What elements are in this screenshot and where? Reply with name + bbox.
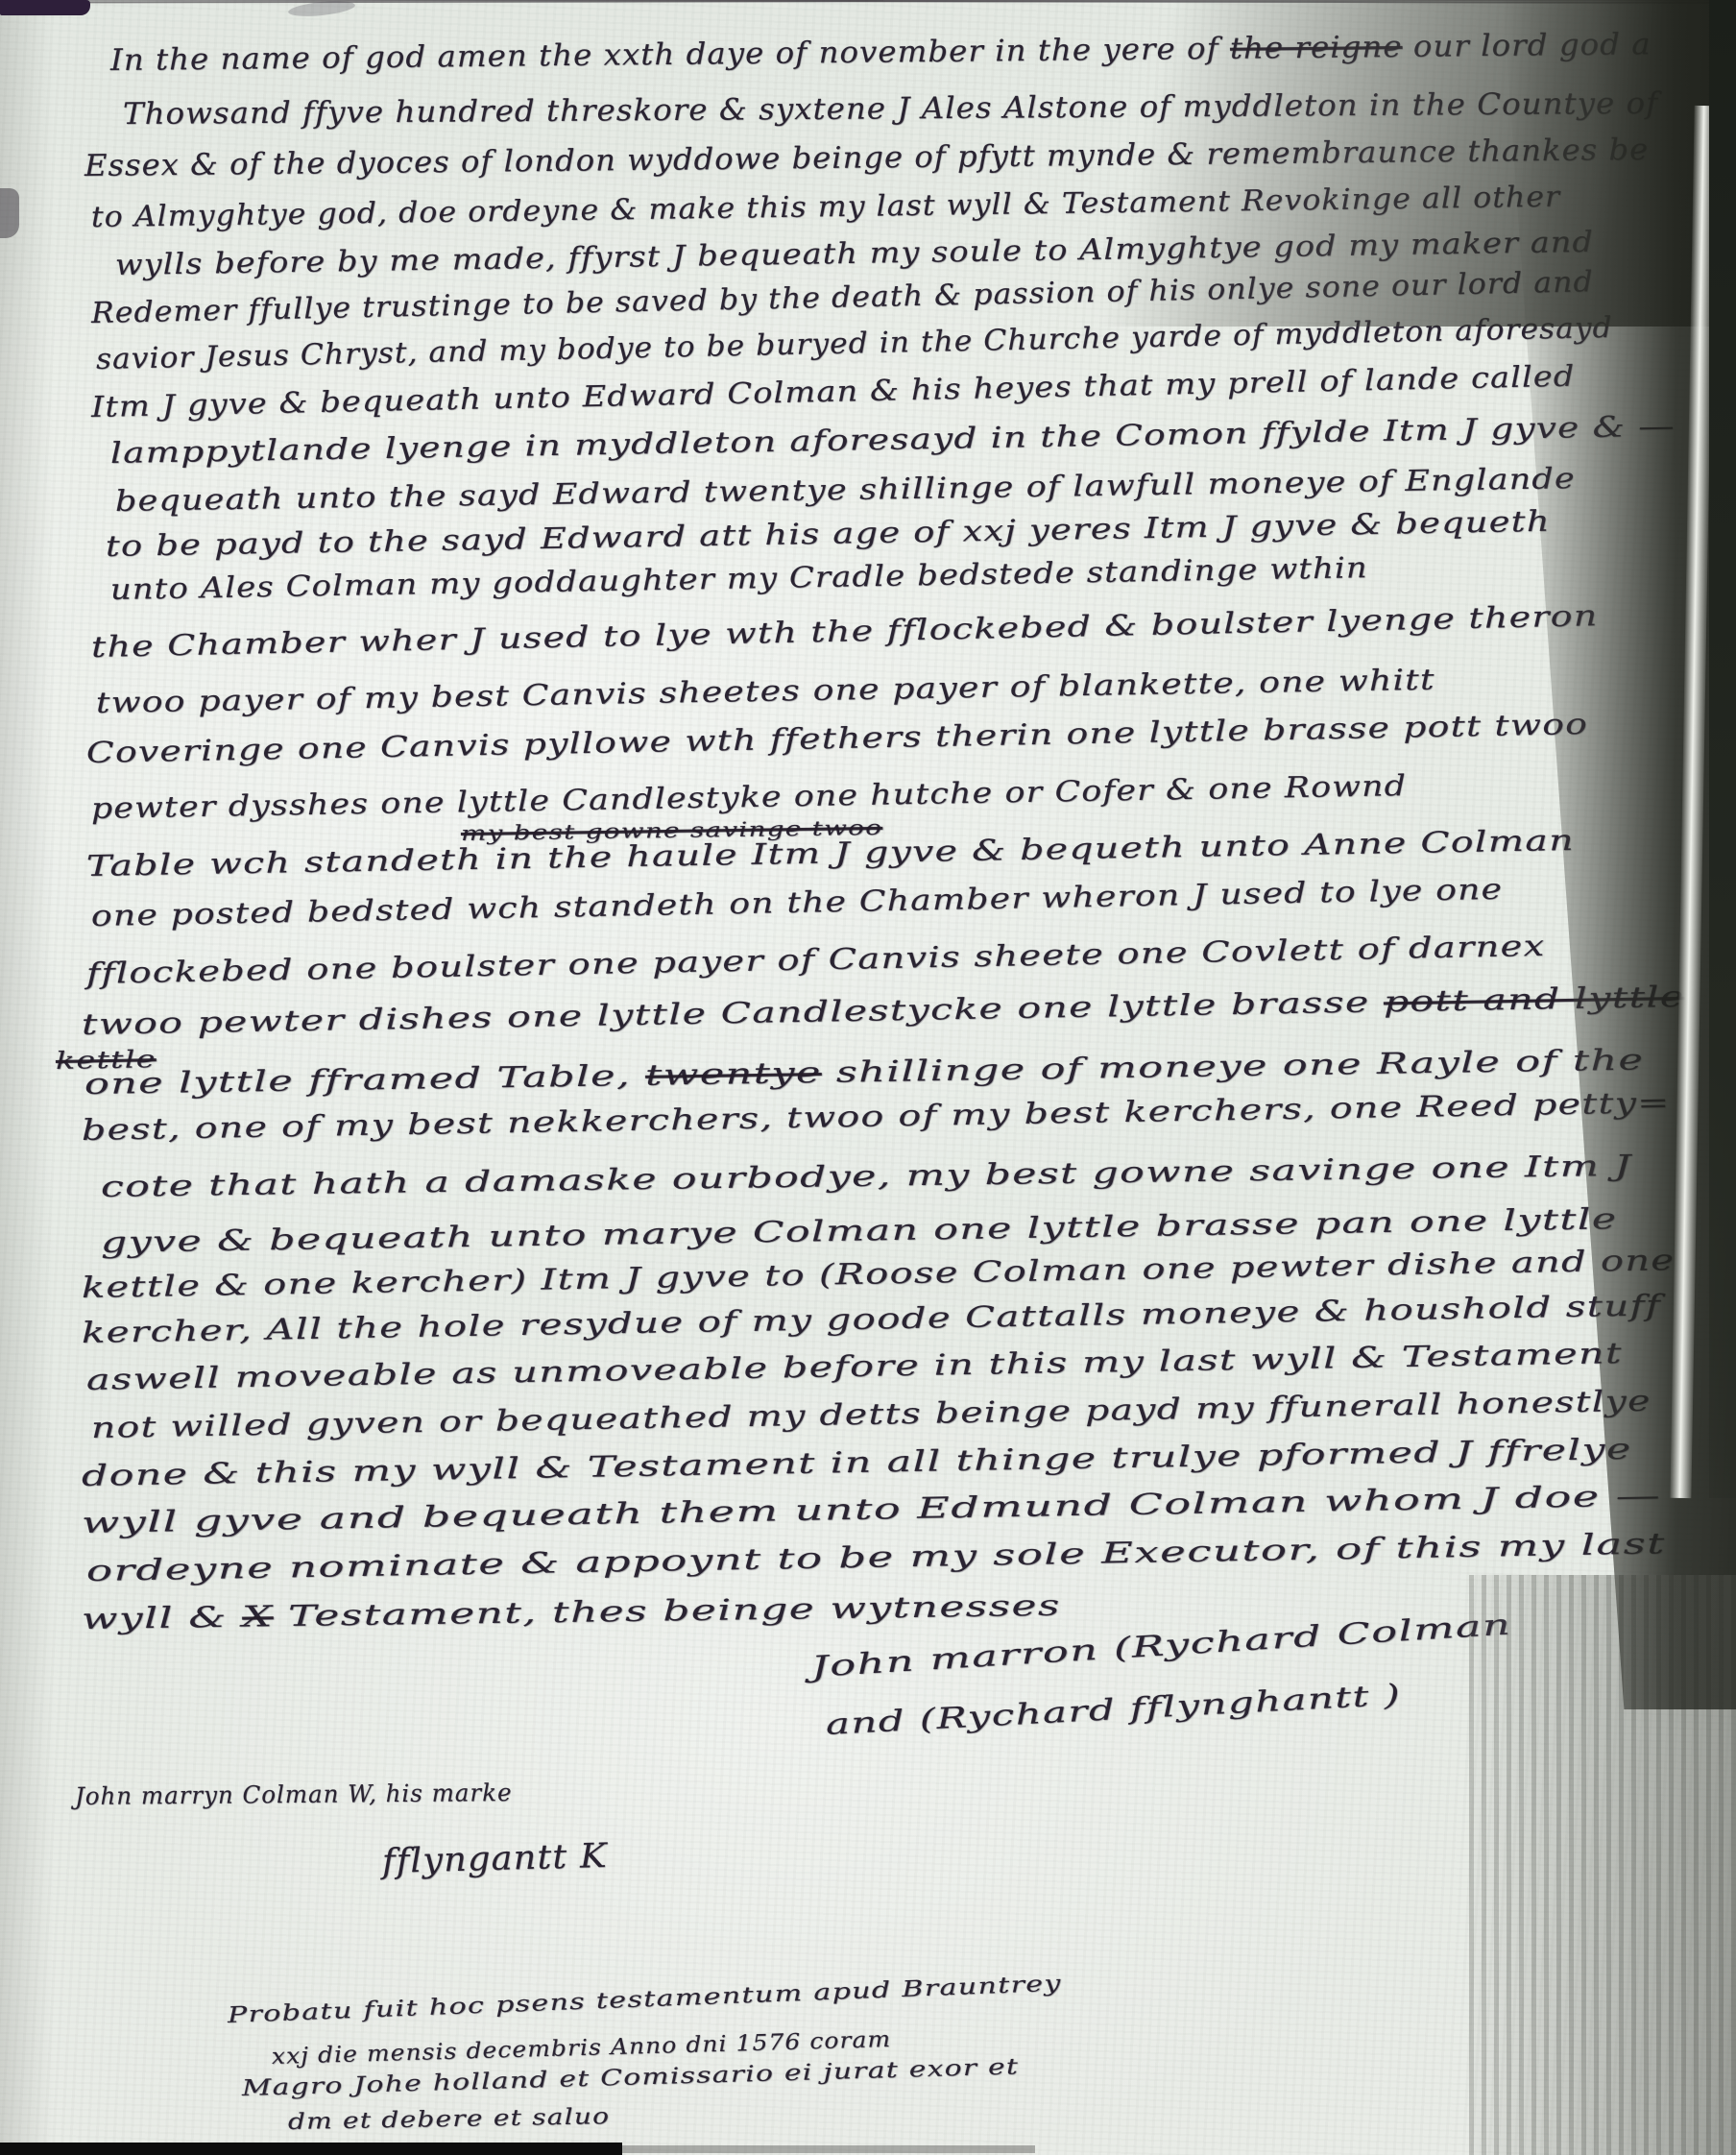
will-line-1: In the name of god amen the xxth daye of… <box>110 30 1652 76</box>
will-line-4: to Almyghtye god, doe ordeyne & make thi… <box>91 183 1561 232</box>
manuscript-page: In the name of god amen the xxth daye of… <box>0 0 1736 2155</box>
will-line-3: Essex & of the dyoces of london wyddowe … <box>84 135 1650 182</box>
manuscript-photo: In the name of god amen the xxth daye of… <box>0 0 1736 2155</box>
deleted-text: twentye <box>645 1056 822 1093</box>
will-line-16: pewter dysshes one lyttle Candlestyke on… <box>91 772 1408 824</box>
witness-line-2: and (Rychard fflynghantt ) <box>825 1682 1402 1740</box>
will-line-14: twoo payer of my best Canvis sheetes one… <box>96 666 1435 718</box>
will-line-28: not willed gyven or bequeathed my detts … <box>91 1388 1652 1443</box>
probate-line-1: Probatu fuit hoc psens testamentum apud … <box>228 1973 1063 2027</box>
will-line-2: Thowsand ffyve hundred threskore & syxte… <box>123 89 1658 130</box>
will-line-31: ordeyne nominate & appoynt to be my sole… <box>86 1530 1666 1586</box>
will-line-9: lamppytlande lyenge in myddleton aforesa… <box>110 413 1676 469</box>
will-line-27: aswell moveable as unmoveable before in … <box>86 1340 1623 1395</box>
will-line-30: wyll gyve and bequeath them unto Edmund … <box>82 1482 1662 1538</box>
will-line-12: unto Ales Colman my goddaughter my Cradl… <box>110 554 1368 605</box>
deleted-text: X <box>242 1600 274 1634</box>
will-line-32: wyll & X Testament, thes beinge wytnesse… <box>82 1592 1061 1634</box>
probate-line-4: dm et debere et saluo <box>288 2106 611 2134</box>
will-line-18: one posted bedsted wch standeth on the C… <box>91 876 1504 932</box>
deleted-text: the reigne <box>1230 30 1403 66</box>
witness-mark-line: fflyngantt K <box>382 1840 608 1879</box>
testatrix-mark-line: John marryn Colman W, his marke <box>75 1780 513 1808</box>
will-line-20: twoo pewter dishes one lyttle Candlestyc… <box>82 983 1685 1040</box>
will-line-19: fflockebed one boulster one payer of Can… <box>86 932 1546 989</box>
will-line-13: the Chamber wher J used to lye wth the f… <box>91 602 1599 663</box>
deleted-text: pott and lyttle <box>1384 981 1685 1019</box>
will-line-15: Coveringe one Canvis pyllowe wth ffether… <box>86 711 1589 768</box>
will-line-23: cote that hath a damaske ourbodye, my be… <box>101 1152 1632 1202</box>
